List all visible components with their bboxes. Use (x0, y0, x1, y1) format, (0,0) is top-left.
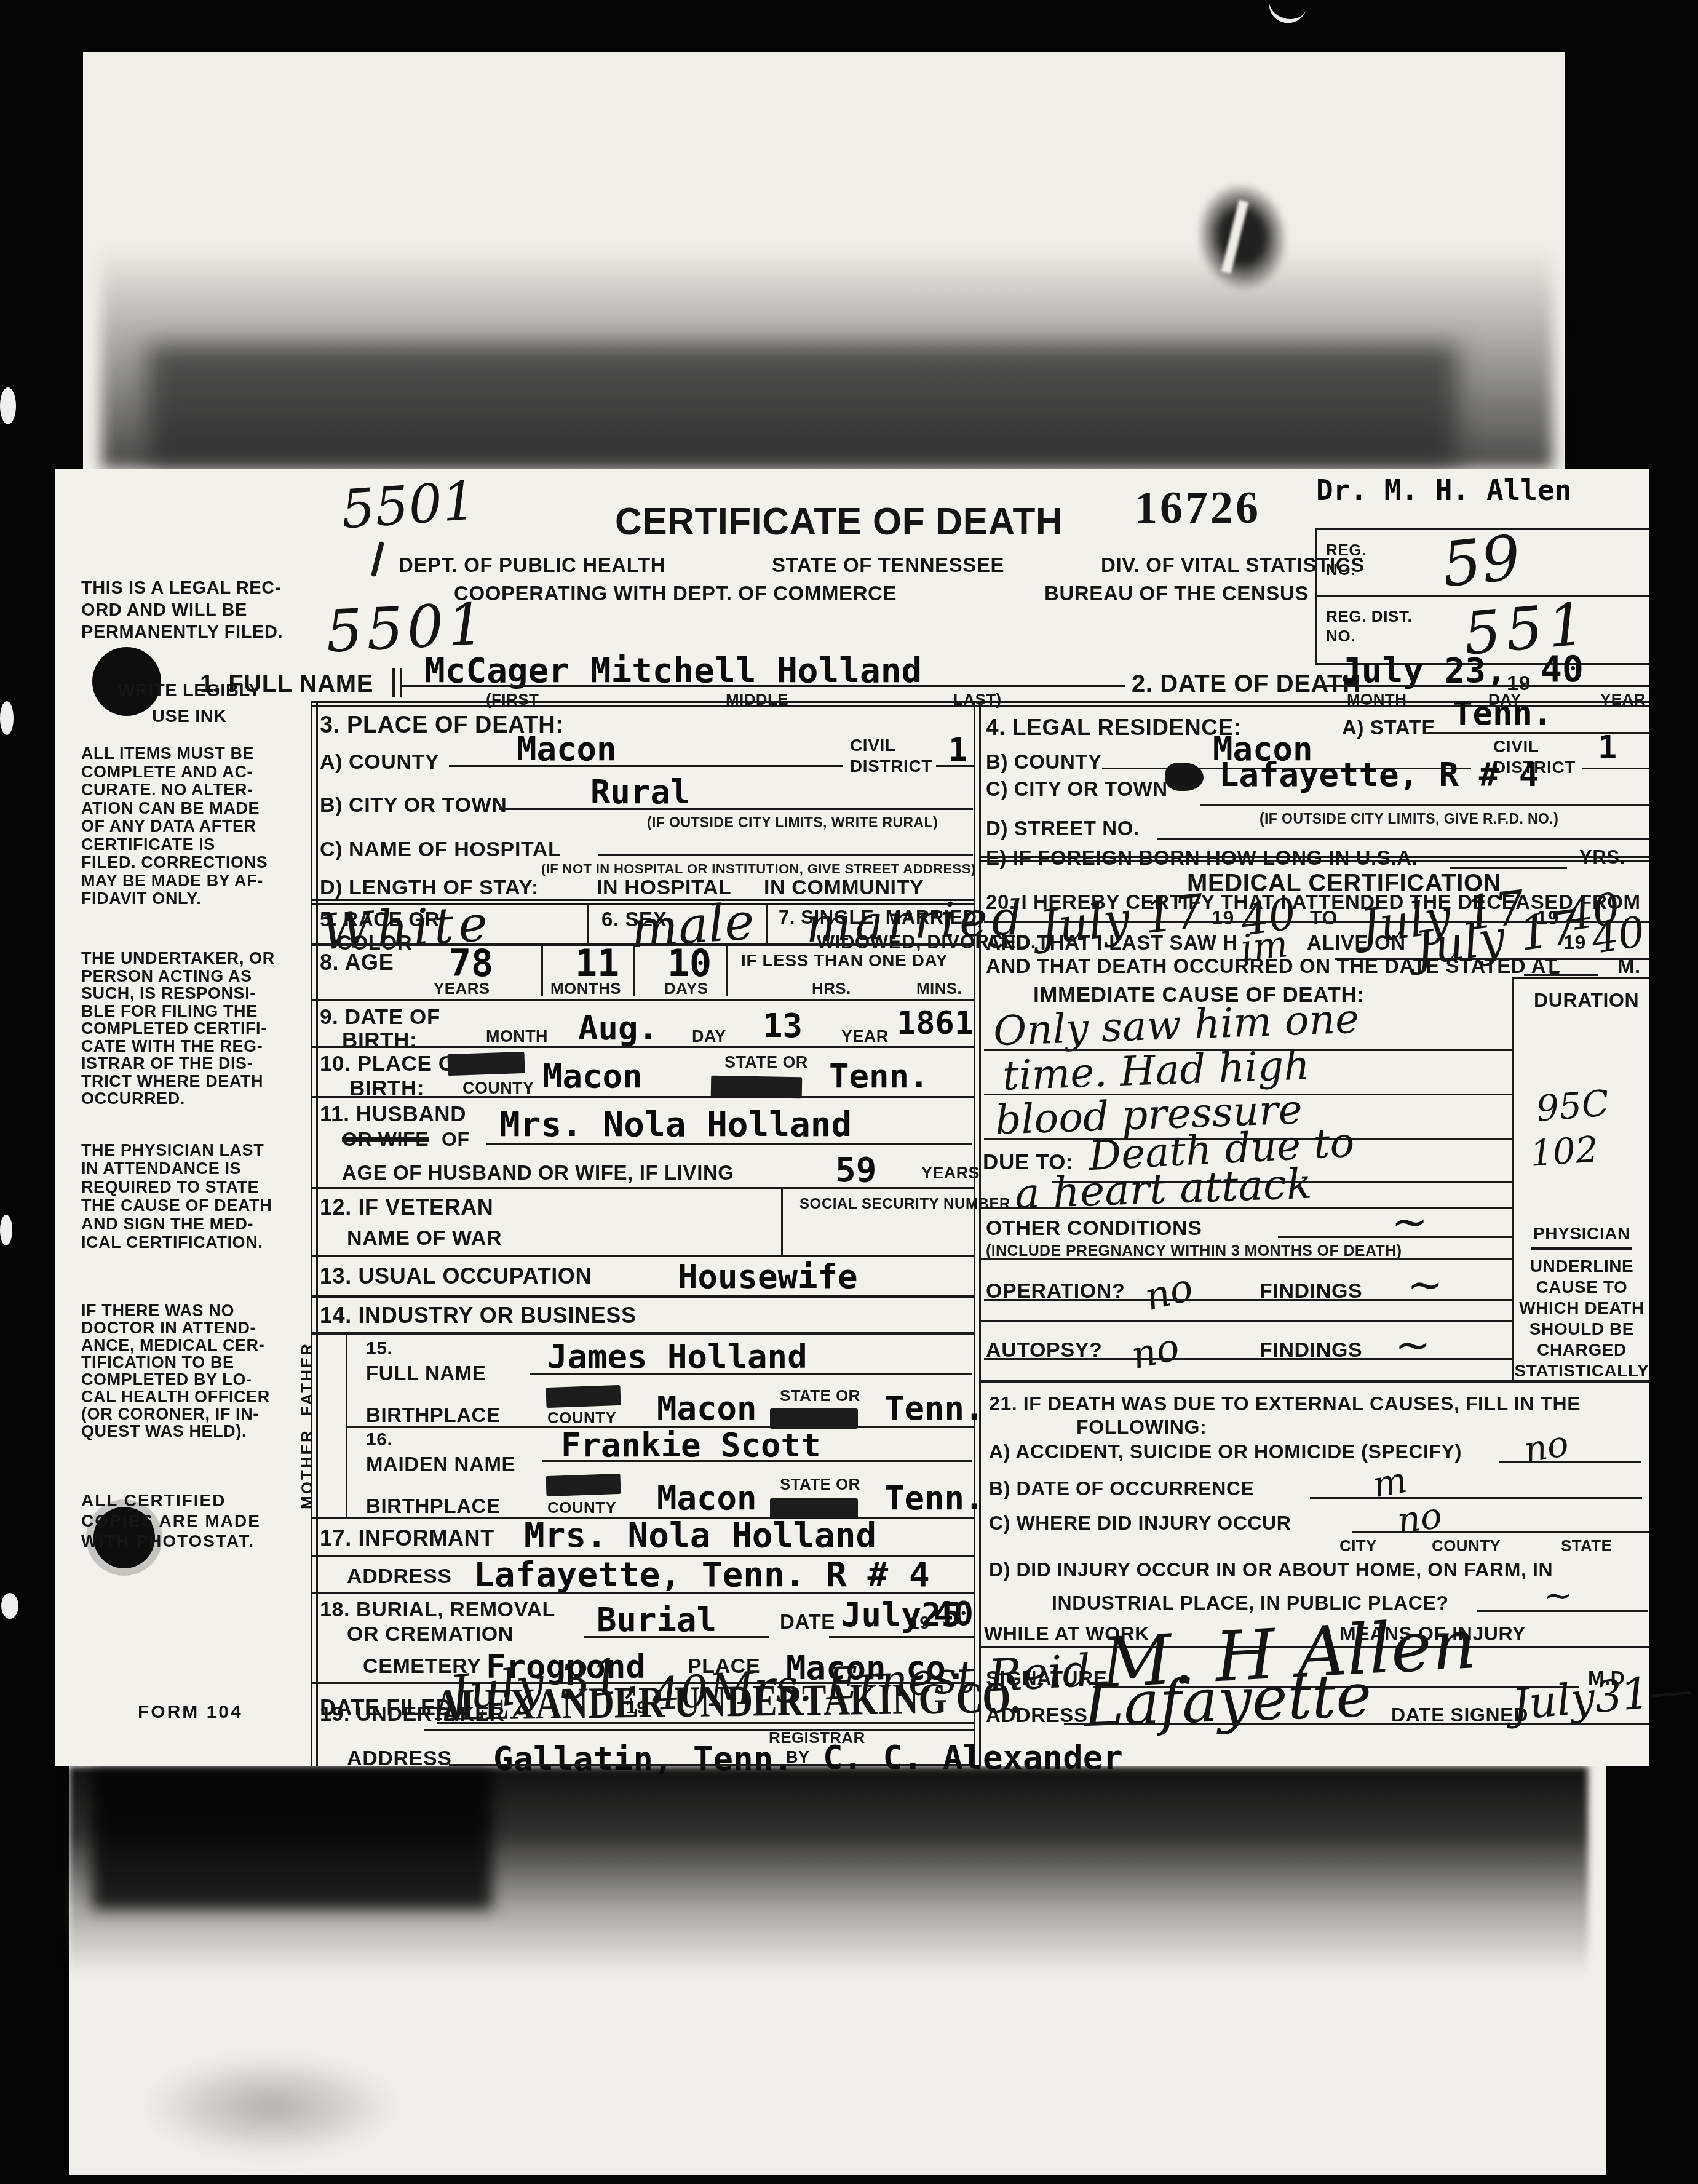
certificate-title: CERTIFICATE OF DEATH (615, 499, 1063, 544)
mother-county-label: COUNTY (547, 1498, 616, 1517)
mother-state-value: Tenn. (884, 1479, 985, 1517)
informant-address-label: ADDRESS (347, 1565, 451, 1589)
spouse-age-years-label: YEARS (921, 1164, 980, 1183)
father-birthplace-label: BIRTHPLACE (366, 1404, 501, 1427)
external-heading-2: FOLLOWING: (1076, 1416, 1207, 1439)
section-divider (981, 856, 1649, 862)
row-divider (312, 999, 975, 1001)
date-filed-label: DATE FILED (320, 1695, 452, 1721)
res-civil-label: CIVIL (1493, 737, 1539, 756)
med-occurred-text: AND THAT DEATH OCCURRED ON THE DATE STAT… (986, 955, 1558, 978)
underline (829, 1636, 974, 1638)
dob-label-1: 9. DATE OF (320, 1005, 440, 1030)
med-to-label: TO (1310, 907, 1338, 929)
pod-city-value: Rural (590, 772, 691, 811)
underline (1064, 1723, 1649, 1725)
margin-note-no-doctor: IF THERE WAS NO DOCTOR IN ATTEND- ANCE, … (81, 1302, 298, 1440)
pod-county-value: Macon (517, 729, 617, 768)
occupation-value: Housewife (678, 1257, 858, 1296)
underline (1499, 1461, 1641, 1463)
burial-year-value: 40 (934, 1594, 974, 1633)
pod-hospital-label: C) NAME OF HOSPITAL (320, 838, 561, 862)
reg-box-line (1315, 528, 1317, 664)
marginal-number: 5501 (339, 470, 478, 541)
full-name-label: 1. FULL NAME (200, 670, 373, 698)
pod-civil-label: CIVIL (850, 736, 896, 755)
film-speck (0, 701, 14, 735)
header-div-vital: DIV. OF VITAL STATISTICS (1101, 554, 1365, 577)
underline (1582, 768, 1649, 769)
section-divider (981, 1380, 1649, 1383)
underline (984, 1358, 1512, 1360)
header-dept: DEPT. OF PUBLIC HEALTH (399, 554, 665, 577)
underline (1157, 838, 1649, 840)
cell-divider (766, 903, 768, 943)
father-side-label: FATHER (298, 1342, 317, 1416)
father-name-label: FULL NAME (366, 1362, 486, 1385)
film-speck (1, 1593, 18, 1619)
underline (400, 685, 1125, 687)
underline (1322, 685, 1649, 687)
ink-splotch (1165, 763, 1204, 791)
ssn-label: SOCIAL SECURITY NUMBER (799, 1196, 1010, 1213)
age-less-than-day-label: IF LESS THAN ONE DAY (741, 951, 948, 971)
mother-county-value: Macon (657, 1479, 757, 1517)
autopsy-findings-value: ~ (1395, 1320, 1431, 1370)
occupation-label: 13. USUAL OCCUPATION (320, 1263, 592, 1289)
mother-side-label: MOTHER (298, 1429, 317, 1509)
pob-label-1: 10. PLACE OF (320, 1052, 469, 1076)
dob-day-value: 13 (763, 1006, 803, 1045)
ext-c-label: C) WHERE DID INJURY OCCUR (989, 1512, 1291, 1535)
ink-blot (1189, 175, 1296, 298)
burial-date-label: DATE (780, 1610, 835, 1634)
mother-no: 16. (366, 1429, 393, 1450)
scan-lower-smudge-dark (92, 1768, 492, 1910)
physician-name-stamp: Dr. M. H. Allen (1316, 474, 1571, 507)
father-struck-city-or: CITY OR (546, 1385, 621, 1408)
med-occurred-dash: - (1549, 948, 1561, 991)
underline (1310, 1497, 1642, 1499)
row-divider (312, 943, 975, 946)
underline (598, 854, 973, 856)
margin-divider (316, 701, 318, 1766)
pod-county-label: A) COUNTY (320, 750, 439, 774)
pen-flourish (371, 541, 384, 577)
res-district-value: 1 (1598, 729, 1617, 766)
father-state-or-label: STATE OR (780, 1386, 860, 1405)
row-divider (312, 1046, 975, 1048)
underline (1450, 867, 1567, 869)
tick-mark (392, 668, 395, 697)
burial-value: Burial (597, 1600, 716, 1639)
informant-address-value: Lafayette, Tenn. R # 4 (474, 1555, 930, 1595)
operation-findings-value: ~ (1407, 1260, 1443, 1310)
father-name-value: James Holland (547, 1337, 807, 1376)
printed-19: 19 (1563, 931, 1586, 954)
ext-d-label-1: D) DID INJURY OCCUR IN OR ABOUT HOME, ON… (989, 1559, 1553, 1581)
pob-struck-city-or: CITY OR (447, 1052, 525, 1076)
mother-struck-city-or: CITY OR (546, 1474, 621, 1496)
margin-note-legal-record: THIS IS A LEGAL REC- ORD AND WILL BE PER… (81, 577, 298, 643)
physician-note-rule (1531, 1247, 1632, 1250)
res-street-label: D) STREET NO. (986, 817, 1140, 840)
cell-divider (587, 903, 589, 943)
pod-city-note: (IF OUTSIDE CITY LIMITS, WRITE RURAL) (647, 814, 938, 831)
undertaker-address-label: ADDRESS (347, 1747, 451, 1771)
informant-value: Mrs. Nola Holland (524, 1515, 876, 1555)
underline (936, 765, 974, 767)
underline (449, 765, 843, 767)
spouse-or-wife-struck: OR WIFE (342, 1128, 429, 1151)
pob-struck-country: COUNTRY (711, 1076, 803, 1099)
margin-note-photostat: ALL CERTIFIED COPIES ARE MADE WITH PHOTO… (81, 1490, 298, 1551)
scanned-death-certificate: 5501 5501 CERTIFICATE OF DEATH 16726 Dr.… (0, 0, 1698, 2184)
spouse-of-label: OF (442, 1128, 470, 1151)
pob-state-value: Tenn. (829, 1057, 929, 1095)
veteran-label: 12. IF VETERAN (320, 1194, 493, 1220)
ext-a-label: A) ACCIDENT, SUICIDE OR HOMICIDE (SPECIF… (989, 1440, 1462, 1463)
row-divider (312, 1096, 975, 1098)
underline (437, 1722, 974, 1724)
mother-birthplace-label: BIRTHPLACE (366, 1495, 501, 1518)
margin-note-physician: THE PHYSICIAN LAST IN ATTENDANCE IS REQU… (81, 1141, 298, 1252)
spouse-age-label: AGE OF HUSBAND OR WIFE, IF LIVING (342, 1161, 734, 1185)
ext-city-sublabel: CITY (1339, 1536, 1377, 1555)
film-speck (0, 1215, 12, 1245)
burial-label-1: 18. BURIAL, REMOVAL (320, 1598, 555, 1622)
ext-b-label: B) DATE OF OCCURRENCE (989, 1477, 1255, 1500)
cell-divider (781, 1187, 783, 1255)
file-number: 16726 (1135, 482, 1261, 534)
dob-label-2: BIRTH: (342, 1028, 417, 1053)
row-divider (312, 1187, 975, 1189)
cell-divider (633, 946, 635, 996)
other-conditions-label: OTHER CONDITIONS (986, 1217, 1202, 1241)
date-of-death-label: 2. DATE OF DEATH (1132, 670, 1361, 698)
age-years-label: YEARS (434, 979, 490, 998)
dob-year-label: YEAR (841, 1027, 889, 1046)
pob-county-label: COUNTY (462, 1079, 534, 1098)
date-filed-year: 40 (650, 1665, 710, 1720)
underline (1352, 1531, 1649, 1533)
cell-divider (726, 946, 728, 996)
informant-label: 17. INFORMANT (320, 1525, 494, 1551)
father-state-value: Tenn. (884, 1389, 985, 1428)
res-state-label: A) STATE (1342, 716, 1435, 739)
undertaker-address-value: Gallatin, Tenn. (493, 1739, 793, 1778)
residence-heading: 4. LEGAL RESIDENCE: (986, 715, 1242, 741)
age-days-label: DAYS (664, 979, 708, 998)
pod-district-value: 1 (948, 732, 967, 769)
spouse-age-value: 59 (835, 1150, 876, 1190)
duration-box-top (1512, 977, 1649, 979)
res-city-value: Lafayette, R # 4 (1219, 755, 1539, 794)
veteran-war-label: NAME OF WAR (347, 1226, 502, 1250)
header-state: STATE OF TENNESSEE (772, 554, 1004, 577)
father-county-value: Macon (657, 1389, 757, 1428)
row-divider (312, 1332, 975, 1335)
age-mins-label: MINS. (916, 979, 962, 998)
res-city-label: C) CITY OR TOWN (986, 777, 1168, 801)
signature-address-value: Lafayette (1082, 1661, 1373, 1741)
age-hrs-label: HRS. (812, 979, 851, 998)
physician-note-title: PHYSICIAN (1514, 1224, 1649, 1244)
printed-19: 19 (909, 1613, 930, 1634)
duration-value-2: 102 (1529, 1128, 1600, 1175)
duration-label: DURATION (1534, 989, 1639, 1012)
industry-label: 14. INDUSTRY OR BUSINESS (320, 1303, 637, 1328)
pod-city-label: B) CITY OR TOWN (320, 793, 507, 817)
pob-state-or-label: STATE OR (724, 1053, 808, 1072)
pregnancy-note: (INCLUDE PREGNANCY WITHIN 3 MONTHS OF DE… (986, 1242, 1402, 1260)
header-cooperating: COOPERATING WITH DEPT. OF COMMERCE (454, 582, 897, 605)
ext-county-sublabel: COUNTY (1432, 1536, 1501, 1555)
underline (984, 1207, 1512, 1209)
burial-label-2: OR CREMATION (347, 1622, 514, 1646)
other-conditions-value: ~ (1391, 1196, 1428, 1247)
date-of-death-year: 40 (1541, 648, 1584, 690)
reg-no-value: 59 (1438, 522, 1524, 602)
underline (486, 1143, 972, 1145)
pod-district-label: DISTRICT (850, 756, 932, 776)
ext-a-value: no (1521, 1422, 1572, 1471)
scan-upper-shadow-core (148, 344, 1458, 467)
dob-month-label: MONTH (486, 1027, 548, 1046)
printed-19: 19 (626, 1698, 648, 1718)
underline (530, 1373, 972, 1375)
mother-state-or-label: STATE OR (780, 1475, 860, 1494)
scan-lower-smudge-tail (141, 2054, 400, 2159)
form-number: FORM 104 (138, 1702, 243, 1723)
tick-mark (400, 668, 402, 697)
mother-name-label: MAIDEN NAME (366, 1453, 515, 1476)
header-census: BUREAU OF THE CENSUS (1044, 582, 1309, 605)
underline (984, 1299, 1512, 1301)
father-county-label: COUNTY (547, 1408, 616, 1428)
underline (499, 808, 973, 810)
margin-note-complete-accurate: ALL ITEMS MUST BE COMPLETE AND AC- CURAT… (81, 745, 298, 908)
underline (424, 1729, 974, 1731)
due-to-line-2: a heart attack (1014, 1160, 1313, 1219)
row-divider (312, 1295, 975, 1298)
res-city-note: (IF OUTSIDE CITY LIMITS, GIVE R.F.D. NO.… (1260, 811, 1558, 827)
physician-note-body: UNDERLINE CAUSE TO WHICH DEATH SHOULD BE… (1514, 1256, 1649, 1381)
underline (1200, 804, 1649, 806)
mother-name-value: Frankie Scott (561, 1426, 821, 1464)
reg-dist-label: REG. DIST. NO. (1326, 606, 1412, 646)
underline (584, 1636, 769, 1638)
res-state-value: Tenn. (1453, 694, 1553, 733)
margin-note-undertaker: THE UNDERTAKER, OR PERSON ACTING AS SUCH… (81, 950, 298, 1108)
undertaker-by-value: C. C. Alexander (823, 1738, 1123, 1777)
dob-month-value: Aug. (578, 1009, 658, 1047)
duration-value-1: 95C (1534, 1082, 1611, 1130)
reg-no-label: REG. NO. (1326, 540, 1367, 579)
med-m-label: M. (1617, 955, 1641, 978)
res-county-label: B) COUNTY (986, 750, 1102, 774)
scratch-mark (1264, 0, 1307, 28)
row-divider (981, 1320, 1512, 1322)
printed-19: 19 (1212, 907, 1234, 929)
underline (1477, 1610, 1648, 1612)
dob-day-label: DAY (692, 1027, 726, 1046)
ext-state-sublabel: STATE (1561, 1536, 1612, 1555)
underline (542, 1460, 972, 1462)
spouse-value: Mrs. Nola Holland (499, 1105, 852, 1145)
external-heading-1: 21. IF DEATH WAS DUE TO EXTERNAL CAUSES,… (989, 1392, 1581, 1415)
parent-inner-divider (346, 1332, 347, 1517)
pob-county-value: Macon (542, 1057, 643, 1095)
underline (1278, 1236, 1512, 1238)
spouse-label: 11. HUSBAND (320, 1102, 466, 1127)
father-no: 15. (366, 1338, 393, 1359)
pod-stay-label: D) LENGTH OF STAY: (320, 876, 539, 900)
margin-divider (311, 701, 312, 1766)
ext-c-value: no (1395, 1494, 1445, 1541)
cell-divider (541, 946, 543, 996)
film-speck (0, 387, 16, 424)
med-saw-text-2: ALIVE ON (1307, 931, 1406, 955)
row-divider (312, 1592, 975, 1594)
section-divider (312, 701, 1649, 707)
duration-box-left (1512, 977, 1514, 1380)
pod-hospital-note: (IF NOT IN HOSPITAL OR INSTITUTION, GIVE… (541, 861, 975, 877)
age-label: 8. AGE (320, 950, 394, 975)
age-months-label: MONTHS (550, 979, 621, 998)
med-saw-text-1: AND THAT I LAST SAW H (986, 931, 1238, 955)
row-divider (312, 1255, 975, 1257)
dob-year-value: 1861 (897, 1005, 974, 1042)
